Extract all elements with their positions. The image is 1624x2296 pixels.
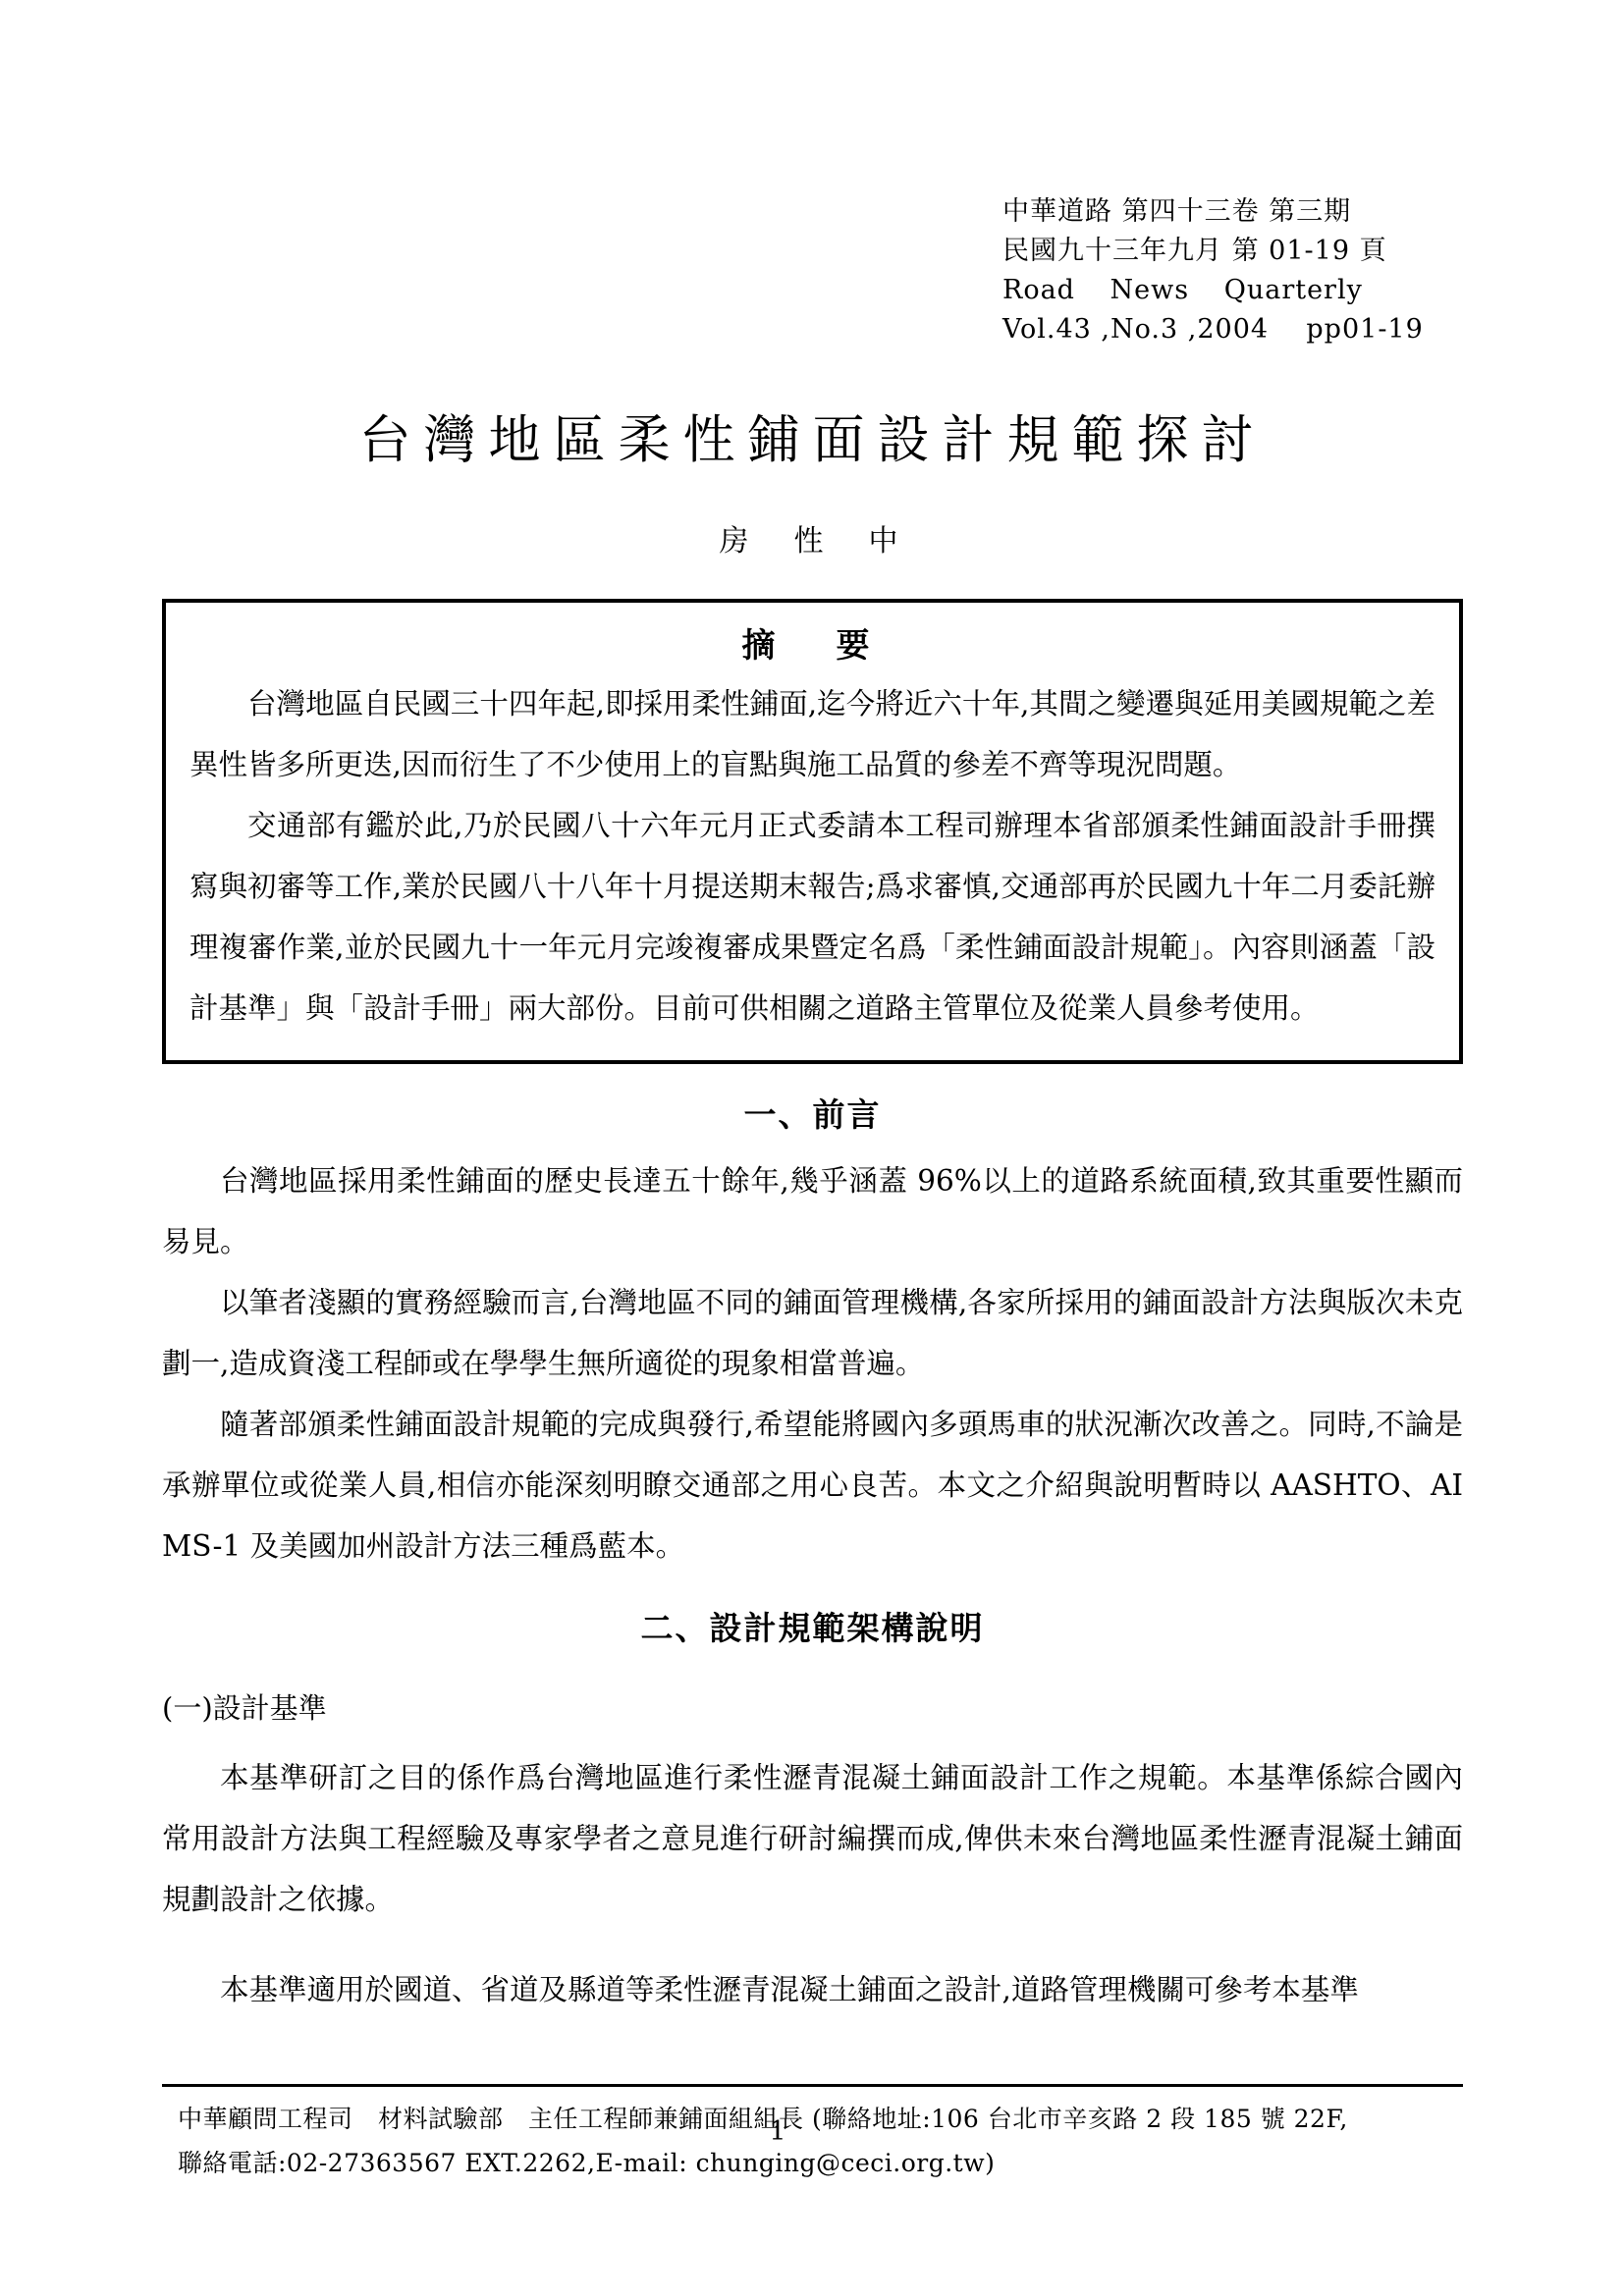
section-1-heading: 一、前言	[162, 1090, 1463, 1136]
paper-title: 台灣地區柔性鋪面設計規範探討	[162, 399, 1463, 473]
section-1-paragraph-3: 隨著部頒柔性鋪面設計規範的完成與發行,希望能將國內多頭馬車的狀況漸次改善之。同時…	[162, 1395, 1463, 1577]
footnote-line-2: 聯絡電話:02-27363567 EXT.2262,E-mail: chungi…	[178, 2141, 1434, 2185]
abstract-heading: 摘 要	[189, 618, 1435, 667]
paper-page: 中華道路 第四十三卷 第三期 民國九十三年九月 第 01-19 頁 Road N…	[0, 0, 1624, 2296]
subsection-2-1-heading: (一)設計基準	[162, 1686, 1463, 1727]
journal-name-volume: 中華道路 第四十三卷 第三期	[1002, 192, 1463, 232]
section-1-paragraph-1: 台灣地區採用柔性鋪面的歷史長達五十餘年,幾乎涵蓋 96%以上的道路系統面積,致其…	[162, 1151, 1463, 1273]
journal-header: 中華道路 第四十三卷 第三期 民國九十三年九月 第 01-19 頁 Road N…	[1002, 192, 1463, 349]
section-1-paragraph-2: 以筆者淺顯的實務經驗而言,台灣地區不同的鋪面管理機構,各家所採用的鋪面設計方法與…	[162, 1273, 1463, 1395]
author-name: 房 性 中	[162, 516, 1463, 560]
section-2-paragraph-2: 本基準適用於國道、省道及縣道等柔性瀝青混凝土鋪面之設計,道路管理機關可參考本基準	[162, 1960, 1463, 2021]
section-2-paragraph-1: 本基準研訂之目的係作爲台灣地區進行柔性瀝青混凝土鋪面設計工作之規範。本基準係綜合…	[162, 1748, 1463, 1931]
abstract-paragraph-2: 交通部有鑑於此,乃於民國八十六年元月正式委請本工程司辦理本省部頒柔性鋪面設計手冊…	[189, 796, 1435, 1040]
abstract-paragraph-1: 台灣地區自民國三十四年起,即採用柔性鋪面,迄今將近六十年,其間之變遷與延用美國規…	[189, 674, 1435, 796]
section-2-heading: 二、設計規範架構說明	[162, 1603, 1463, 1649]
abstract-box: 摘 要 台灣地區自民國三十四年起,即採用柔性鋪面,迄今將近六十年,其間之變遷與延…	[162, 599, 1463, 1065]
page-number: 1	[0, 2116, 1555, 2147]
journal-date-pages: 民國九十三年九月 第 01-19 頁	[1002, 232, 1463, 271]
journal-volume-english: Vol.43 ,No.3 ,2004 pp01-19	[1002, 310, 1463, 349]
journal-name-english: Road News Quarterly	[1002, 271, 1463, 310]
